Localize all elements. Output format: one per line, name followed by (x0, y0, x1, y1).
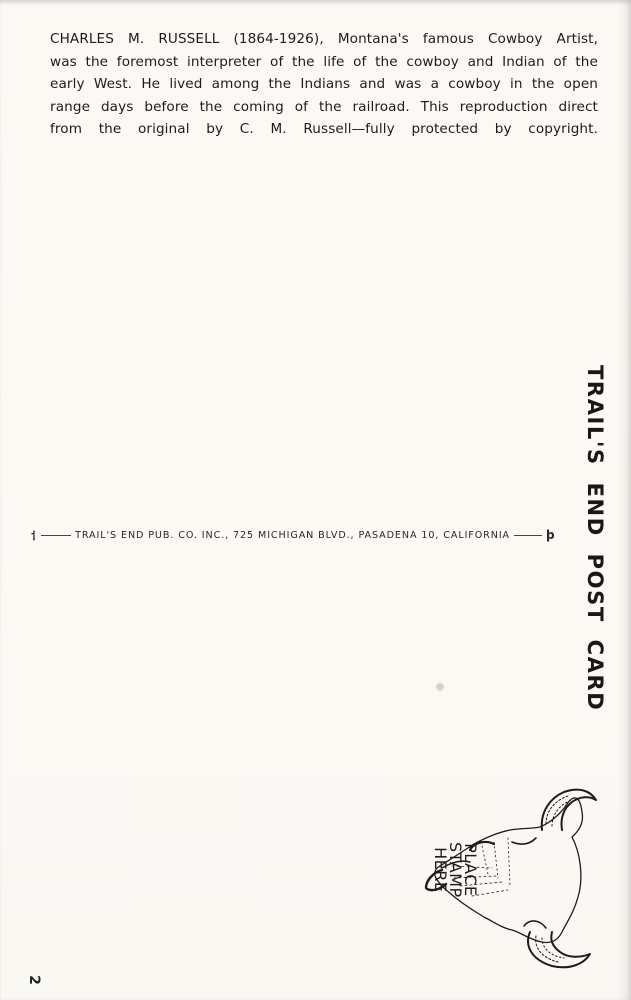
stamp-label-line: HERE (433, 842, 448, 898)
card-edge-shadow (617, 0, 631, 1000)
divider-dash (41, 535, 71, 536)
postcard-title-vertical: TRAIL'S END POST CARD (583, 365, 607, 711)
publisher-divider: ⸶ TRAIL'S END PUB. CO. INC., 725 MICHIGA… (31, 527, 571, 543)
stamp-label-line: PLACE (463, 842, 478, 898)
right-divider-mark: þ (546, 528, 556, 542)
description-line: range days before the coming of the rail… (50, 96, 598, 119)
description-line: early West. He lived among the Indians a… (50, 73, 598, 96)
left-divider-mark: ⸶ (31, 527, 37, 544)
stamp-label-line: STAMP (448, 842, 463, 898)
description-line: CHARLES M. RUSSELL (1864-1926), Montana'… (50, 28, 598, 51)
paper-speck (436, 683, 444, 691)
artist-description: CHARLES M. RUSSELL (1864-1926), Montana'… (50, 28, 598, 141)
description-line: was the foremost interpreter of the life… (50, 51, 598, 74)
page-number: 2 (26, 975, 42, 985)
postcard-back: CHARLES M. RUSSELL (1864-1926), Montana'… (0, 0, 631, 1000)
publisher-address: TRAIL'S END PUB. CO. INC., 725 MICHIGAN … (75, 530, 510, 541)
stamp-placement-label: PLACE STAMP HERE (433, 842, 478, 898)
divider-dash (514, 535, 542, 536)
description-line: from the original by C. M. Russell—fully… (50, 118, 598, 141)
